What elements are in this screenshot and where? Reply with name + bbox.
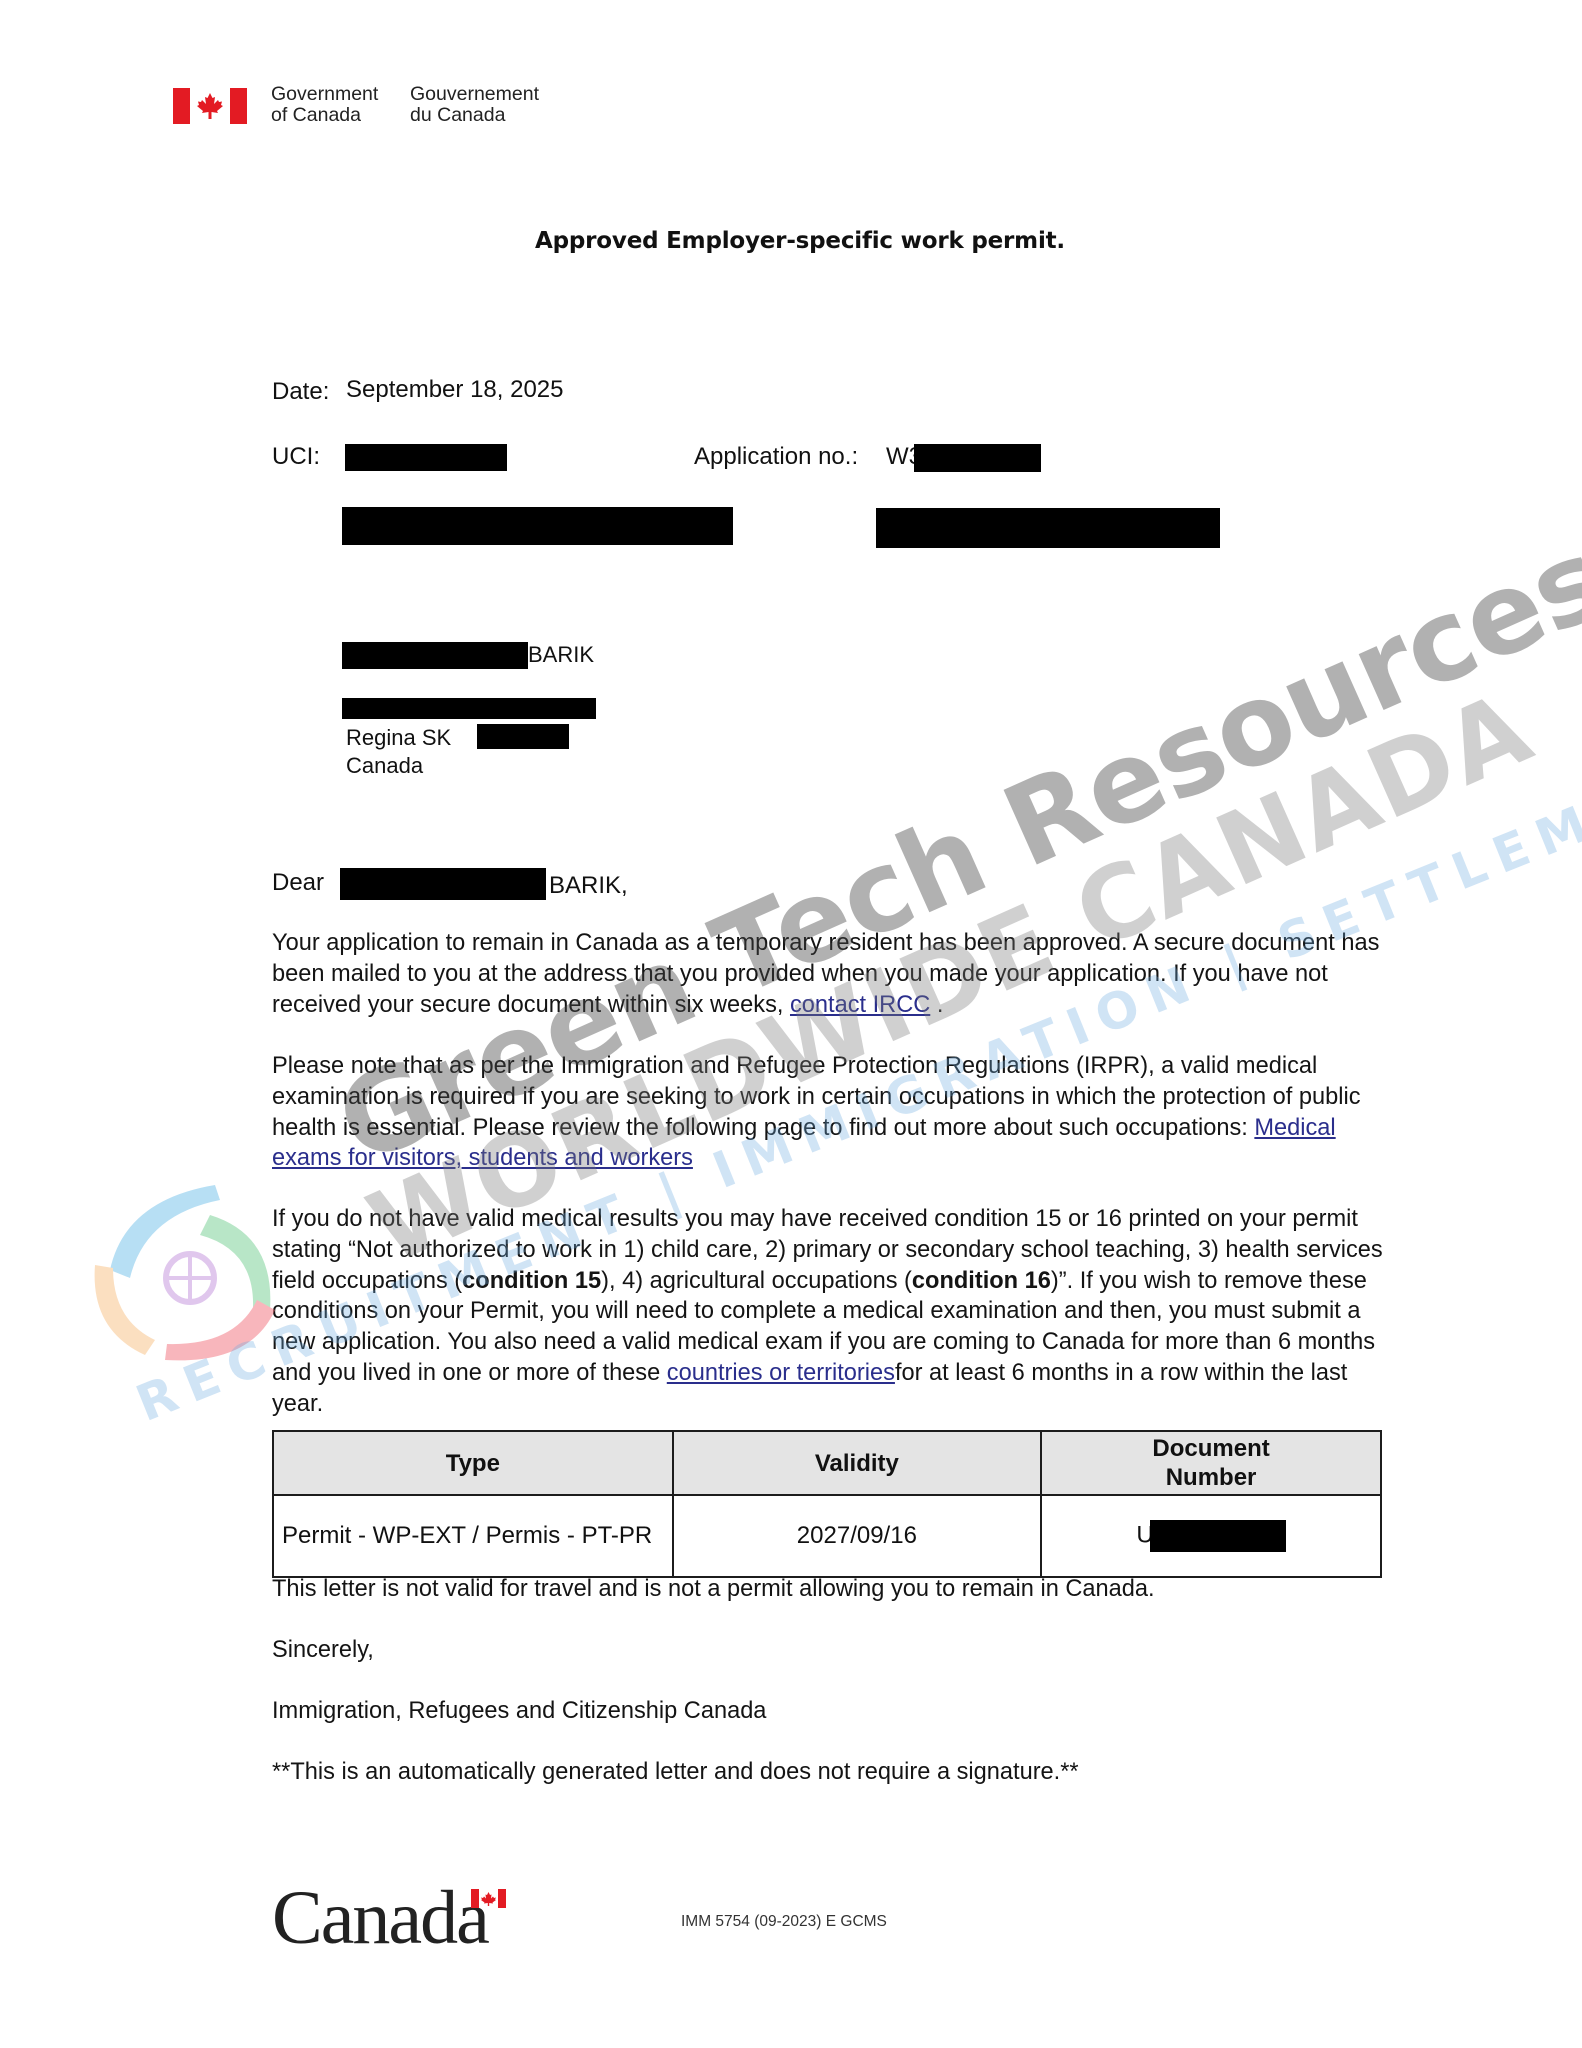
cell-document-number: U [1041, 1495, 1381, 1577]
recipient-name-redaction [342, 642, 528, 669]
sender: Immigration, Refugees and Citizenship Ca… [272, 1696, 1402, 1727]
recipient-surname: BARIK [528, 641, 594, 669]
wordmark-flag-icon [471, 1889, 506, 1908]
document-number-redaction [1150, 1520, 1286, 1552]
date-label: Date: [272, 378, 329, 406]
gov-en-line2: of Canada [271, 105, 378, 126]
application-redaction [914, 444, 1041, 472]
cell-validity: 2027/09/16 [673, 1495, 1041, 1577]
application-label: Application no.: [694, 443, 858, 471]
form-code: IMM 5754 (09-2023) E GCMS [681, 1913, 887, 1931]
column-header-type: Type [273, 1431, 673, 1495]
column-header-validity: Validity [673, 1431, 1041, 1495]
redaction-block-right [876, 508, 1220, 548]
travel-notice: This letter is not valid for travel and … [272, 1574, 1402, 1605]
sign-off: Sincerely, [272, 1635, 1402, 1666]
canada-wordmark: Canada [272, 1880, 488, 1956]
gov-fr-line1: Gouvernement [410, 84, 539, 105]
redaction-block-left [342, 507, 733, 545]
condition-15: condition 15 [462, 1268, 601, 1294]
permit-table: Type Validity Document Number Permit - W… [272, 1430, 1382, 1578]
canada-flag-icon [173, 88, 247, 124]
column-header-document-number: Document Number [1041, 1431, 1381, 1495]
globe-arrows-logo-icon [85, 1160, 305, 1370]
uci-redaction [345, 444, 507, 471]
paragraph-conditions: If you do not have valid medical results… [272, 1204, 1402, 1420]
date-value: September 18, 2025 [346, 376, 564, 404]
gov-wordmark-en: Government of Canada [271, 84, 378, 126]
cell-type: Permit - WP-EXT / Permis - PT-PR [273, 1495, 673, 1577]
salutation-suffix: BARIK, [549, 872, 628, 900]
salutation-redaction [340, 868, 546, 900]
contact-ircc-link[interactable]: contact IRCC [790, 992, 930, 1018]
countries-territories-link[interactable]: countries or territories [667, 1360, 895, 1386]
gov-fr-line2: du Canada [410, 105, 539, 126]
postal-redaction [477, 724, 569, 749]
city-line: Regina SK [346, 724, 451, 752]
country-line: Canada [346, 752, 423, 780]
table-header-row: Type Validity Document Number [273, 1431, 1381, 1495]
uci-label: UCI: [272, 443, 320, 471]
table-row: Permit - WP-EXT / Permis - PT-PR 2027/09… [273, 1495, 1381, 1577]
gov-wordmark-fr: Gouvernement du Canada [410, 84, 539, 126]
auto-generated-note: **This is an automatically generated let… [272, 1757, 1402, 1788]
street-redaction [342, 698, 596, 719]
paragraph-medical-note: Please note that as per the Immigration … [272, 1051, 1402, 1174]
page-title: Approved Employer-specific work permit. [0, 228, 1582, 254]
paragraph-approval: Your application to remain in Canada as … [272, 928, 1402, 1020]
salutation-prefix: Dear [272, 869, 324, 897]
condition-16: condition 16 [912, 1268, 1051, 1294]
gov-en-line1: Government [271, 84, 378, 105]
